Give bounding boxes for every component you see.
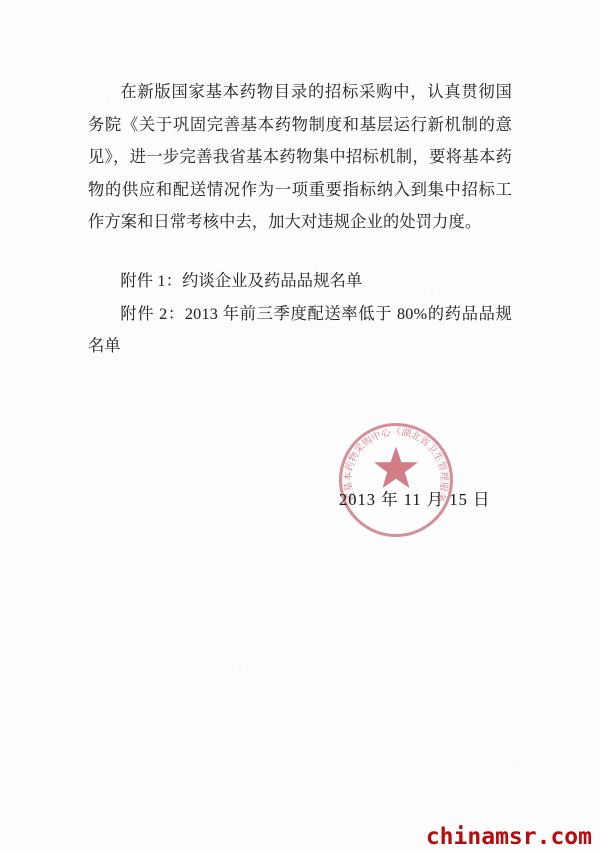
- main-paragraph: 在新版国家基本药物目录的招标采购中，认真贯彻国务院《关于巩固完善基本药物制度和基…: [88, 76, 512, 239]
- star-icon: [374, 447, 418, 489]
- watermark-site-text: chinamsr.com: [426, 824, 592, 850]
- document-body: 在新版国家基本药物目录的招标采购中，认真贯彻国务院《关于巩固完善基本药物制度和基…: [88, 76, 512, 363]
- attachments-list: 附件 1：约谈企业及药品品规名单 附件 2：2013 年前三季度配送率低于 80…: [88, 265, 512, 363]
- seal-graphic: 湖北省基本药物采购中心（湖北省卫生管理服务局）: [334, 420, 458, 544]
- document-date: 2013 年 11 月 15 日: [339, 486, 491, 510]
- scanned-document-page: 在新版国家基本药物目录的招标采购中，认真贯彻国务院《关于巩固完善基本药物制度和基…: [0, 0, 600, 852]
- official-red-seal: 湖北省基本药物采购中心（湖北省卫生管理服务局）: [334, 420, 458, 544]
- seal-ring: [341, 425, 452, 536]
- attachment-1-line: 附件 1：约谈企业及药品品规名单: [88, 265, 512, 298]
- attachment-2-line: 附件 2：2013 年前三季度配送率低于 80%的药品品规名单: [88, 298, 512, 363]
